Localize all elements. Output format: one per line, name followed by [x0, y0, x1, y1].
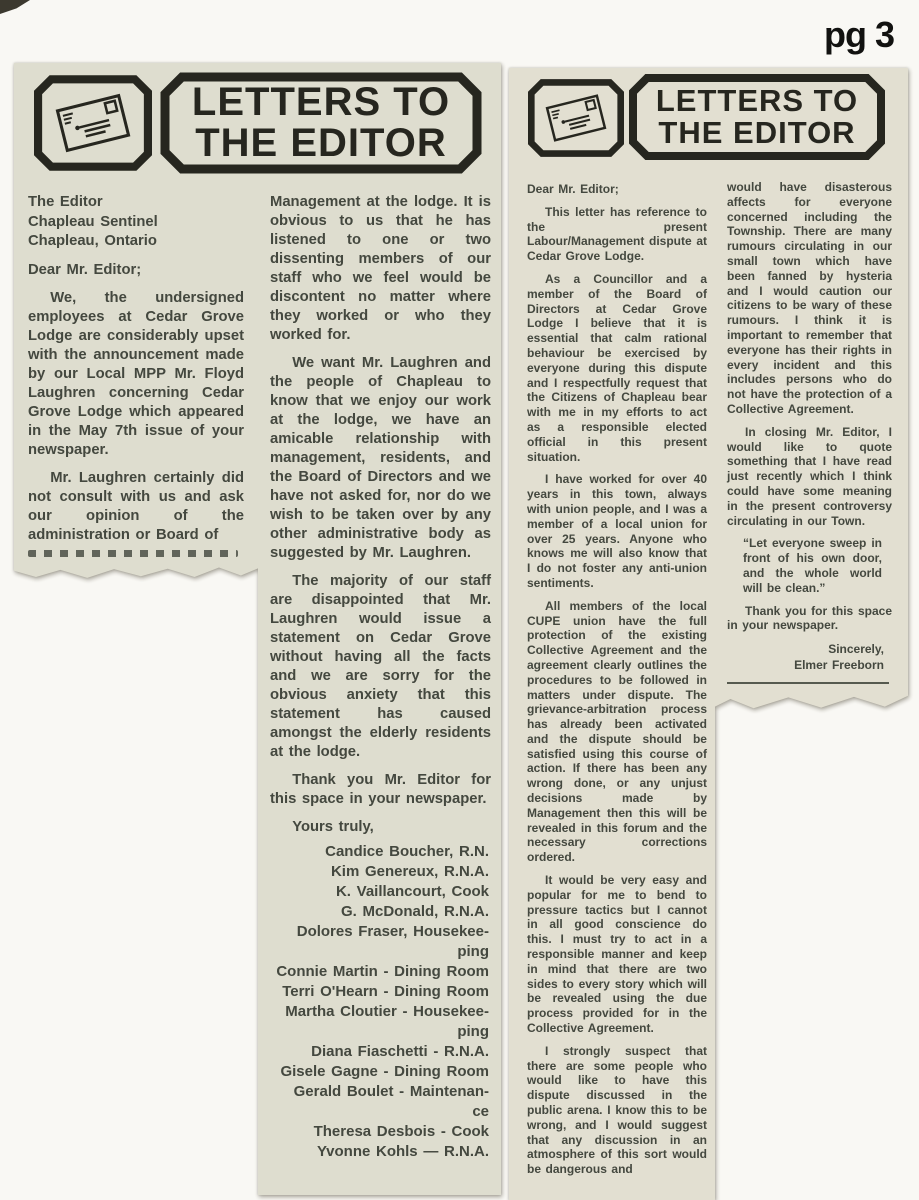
letters-to-the-editor-badge: LETTERS TO THE EDITOR	[160, 72, 482, 174]
torn-edge-cut-text	[28, 550, 238, 557]
letters-header: LETTERS TO THE EDITOR	[509, 68, 908, 172]
letters-title-line2: THE EDITOR	[195, 123, 447, 164]
scanned-newspaper-page: pg 3	[0, 0, 919, 1200]
scan-corner-artifact	[0, 0, 30, 14]
signature: ping	[270, 942, 489, 962]
page-number: pg 3	[824, 14, 894, 56]
signature: ping	[270, 1022, 489, 1042]
salutation: Dear Mr. Editor;	[527, 182, 707, 197]
signature: Terri O'Hearn - Dining Room	[270, 982, 489, 1002]
paragraph: We, the undersigned employees at Cedar G…	[28, 289, 244, 460]
signature: Theresa Desbois - Cook	[270, 1122, 489, 1142]
letters-title-line1: LETTERS TO	[192, 82, 450, 123]
paragraph: As a Councillor and a member of the Boar…	[527, 272, 707, 464]
paragraph: It would be very easy and popular for me…	[527, 873, 707, 1036]
letter-closing: Yours truly,	[270, 818, 491, 837]
clipping1-column-left: The Editor Chapleau Sentinel Chapleau, O…	[14, 185, 258, 581]
paragraph: I strongly suspect that there are some p…	[527, 1044, 707, 1177]
letters-title-line2: THE EDITOR	[658, 117, 855, 149]
paragraph: Thank you for this space in your newspap…	[727, 604, 892, 634]
letter-signoff: Sincerely, Elmer Freeborn	[727, 642, 892, 673]
paragraph: Mr. Laughren certainly did not consult w…	[28, 469, 244, 545]
signature: Martha Cloutier - Housekee-	[270, 1002, 489, 1022]
letters-title-line1: LETTERS TO	[656, 85, 858, 117]
signoff-name: Elmer Freeborn	[727, 658, 884, 674]
signature: Connie Martin - Dining Room	[270, 962, 489, 982]
clipping2-column-left: Dear Mr. Editor; This letter has referen…	[509, 172, 715, 1200]
envelope-icon	[528, 77, 624, 159]
newspaper-clipping-right: LETTERS TO THE EDITOR Dear Mr. Editor; T…	[509, 68, 908, 1200]
quotation: “Let everyone sweep in front of his own …	[743, 536, 882, 595]
signature: Dolores Fraser, Housekee-	[270, 922, 489, 942]
signature: G. McDonald, R.N.A.	[270, 902, 489, 922]
signature: Kim Genereux, R.N.A.	[270, 862, 489, 882]
address-line: The Editor	[28, 193, 244, 213]
signature: K. Vaillancourt, Cook	[270, 882, 489, 902]
paragraph: Management at the lodge. It is obvious t…	[270, 193, 491, 345]
clipping2-column-right: would have disasterous affects for every…	[715, 172, 908, 712]
signature: Gisele Gagne - Dining Room	[270, 1062, 489, 1082]
signature: Candice Boucher, R.N.	[270, 842, 489, 862]
address-line: Chapleau Sentinel	[28, 213, 244, 233]
paragraph: Thank you Mr. Editor for this space in y…	[270, 771, 491, 809]
newspaper-clipping-left: LETTERS TO THE EDITOR The Editor Chaplea…	[14, 63, 501, 1195]
paragraph: The majority of our staff are disappoint…	[270, 572, 491, 762]
letters-to-the-editor-badge: LETTERS TO THE EDITOR	[629, 74, 885, 160]
envelope-icon	[34, 75, 152, 171]
paragraph: This letter has reference to the present…	[527, 205, 707, 264]
signature: Gerald Boulet - Maintenan-	[270, 1082, 489, 1102]
signature-list: Candice Boucher, R.N. Kim Genereux, R.N.…	[270, 842, 491, 1162]
salutation: Dear Mr. Editor;	[28, 261, 244, 280]
signature: ce	[270, 1102, 489, 1122]
divider-rule	[727, 682, 889, 684]
letters-header: LETTERS TO THE EDITOR	[14, 63, 501, 185]
letter-address-block: The Editor Chapleau Sentinel Chapleau, O…	[28, 193, 244, 252]
paragraph: I have worked for over 40 years in this …	[527, 472, 707, 590]
paragraph: All members of the local CUPE union have…	[527, 599, 707, 865]
signature: Diana Fiaschetti - R.N.A.	[270, 1042, 489, 1062]
paragraph: In closing Mr. Editor, I would like to q…	[727, 425, 892, 529]
clipping1-column-right: Management at the lodge. It is obvious t…	[258, 185, 501, 1195]
address-line: Chapleau, Ontario	[28, 232, 244, 252]
paragraph: We want Mr. Laughren and the people of C…	[270, 354, 491, 563]
paragraph: would have disasterous affects for every…	[727, 180, 892, 417]
signature: Yvonne Kohls — R.N.A.	[270, 1142, 489, 1162]
signoff-word: Sincerely,	[727, 642, 884, 658]
